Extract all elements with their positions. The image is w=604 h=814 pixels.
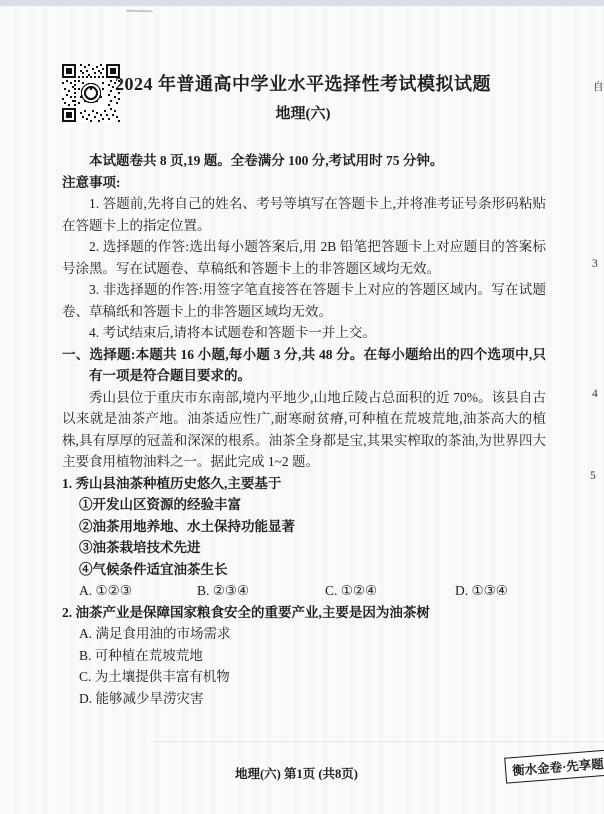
exam-body: 本试题卷共 8 页,19 题。全卷满分 100 分,考试用时 75 分钟。 注意… xyxy=(62,150,546,709)
notice-heading: 注意事项: xyxy=(62,172,546,194)
notice-item-4: 4. 考试结束后,请将本试题卷和答题卡一并上交。 xyxy=(62,322,546,344)
notice-item-1: 1. 答题前,先将自己的姓名、考号等填写在答题卡上,并将准考证号条形码粘贴在答题… xyxy=(62,193,546,236)
question-1-suboption-1: ①开发山区资源的经验丰富 xyxy=(62,494,546,516)
question-1-choice-c: C. ①②④ xyxy=(325,580,455,602)
scan-crease-mark xyxy=(126,10,153,12)
section1-heading: 一、选择题:本题共 16 小题,每小题 3 分,共 48 分。在每小题给出的四个… xyxy=(62,344,546,387)
question-1-choices: A. ①②③ B. ②③④ C. ①②④ D. ①③④ xyxy=(62,580,546,602)
question-2-choice-b: B. 可种植在荒坡荒地 xyxy=(62,645,546,667)
page-number-label: 地理(六) 第1页 (共8页) xyxy=(235,764,358,782)
exam-header: 2024 年普通高中学业水平选择性考试模拟试题 地理(六) xyxy=(60,70,546,123)
reading-passage: 秀山县位于重庆市东南部,境内平地少,山地丘陵占总面积的近 70%。该县自古以来就… xyxy=(62,387,546,473)
exam-subtitle: 地理(六) xyxy=(60,102,546,123)
question-1-choice-a: A. ①②③ xyxy=(79,580,197,602)
question-1-suboption-3: ③油茶栽培技术先进 xyxy=(62,537,546,559)
scan-top-edge-bar xyxy=(0,0,604,6)
question-2-choice-a: A. 满足食用油的市场需求 xyxy=(62,623,546,645)
question-1-choice-b: B. ②③④ xyxy=(197,580,325,602)
notice-item-3: 3. 非选择题的作答:用签字笔直接答在答题卡上对应的答题区域内。写在试题卷、草稿… xyxy=(62,279,546,322)
question-1-suboption-4: ④气候条件适宜油茶生长 xyxy=(62,559,546,581)
question-1-choice-d: D. ①③④ xyxy=(455,580,508,602)
exam-info-line: 本试题卷共 8 页,19 题。全卷满分 100 分,考试用时 75 分钟。 xyxy=(62,150,546,172)
question-2-choice-c: C. 为土壤提供丰富有机物 xyxy=(62,666,546,688)
notice-item-2: 2. 选择题的作答:选出每小题答案后,用 2B 铅笔把答题卡上对应题目的答案标号… xyxy=(62,236,546,279)
scan-bottom-crease xyxy=(150,741,604,742)
question-1-suboption-2: ②油茶用地养地、水土保持功能显著 xyxy=(62,516,546,538)
exam-title: 2024 年普通高中学业水平选择性考试模拟试题 xyxy=(60,70,546,96)
brand-stamp: 衡水金卷·先享题· xyxy=(504,746,604,783)
edge-number-3: 3 xyxy=(592,258,598,270)
question-2-stem: 2. 油茶产业是保障国家粮食安全的重要产业,主要是因为油茶树 xyxy=(62,602,546,624)
edge-number-5: 5 xyxy=(590,470,596,482)
question-1-stem: 1. 秀山县油茶种植历史悠久,主要基于 xyxy=(62,473,546,495)
edge-number-4: 4 xyxy=(592,388,598,400)
edge-partial-glyph: 自 xyxy=(593,79,603,94)
question-2-choice-d: D. 能够减少旱涝灾害 xyxy=(62,688,546,710)
